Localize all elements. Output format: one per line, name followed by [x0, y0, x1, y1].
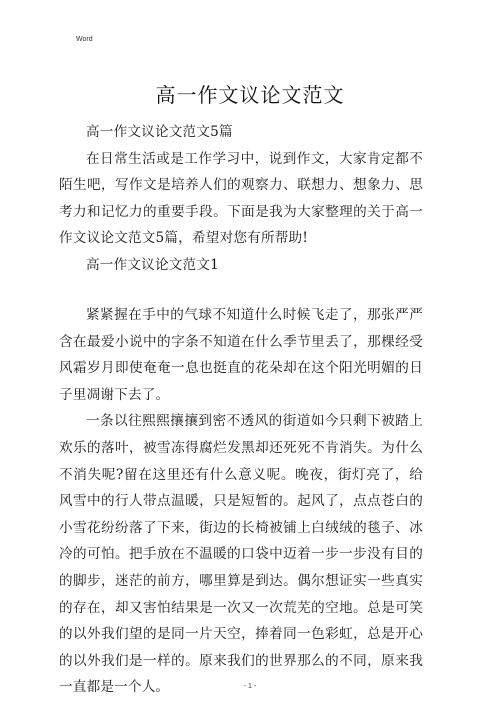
intro-paragraph: 在日常生活或是工作学习中，说到作文，大家肯定都不陌生吧，写作文是培养人们的观察力…: [59, 146, 423, 252]
header-label: Word: [76, 36, 93, 43]
essay-body: 紧紧握在手中的气球不知道什么时候飞走了，那张严严含在最爱小说中的字条不知道在什么…: [59, 302, 423, 701]
intro-heading: 高一作文议论文范文5篇: [59, 119, 423, 146]
page-number: - 1 -: [0, 683, 500, 690]
essay-heading: 高一作文议论文范文1: [59, 252, 423, 279]
essay-paragraph: 一条以往熙熙攘攘到密不透风的街道如今只剩下被踏上欢乐的落叶，被雪冻得腐烂发黑却还…: [59, 408, 423, 701]
document-title: 高一作文议论文范文: [0, 79, 500, 108]
essay-paragraph: 紧紧握在手中的气球不知道什么时候飞走了，那张严严含在最爱小说中的字条不知道在什么…: [59, 302, 423, 408]
document-body: 高一作文议论文范文5篇 在日常生活或是工作学习中，说到作文，大家肯定都不陌生吧，…: [59, 119, 423, 279]
